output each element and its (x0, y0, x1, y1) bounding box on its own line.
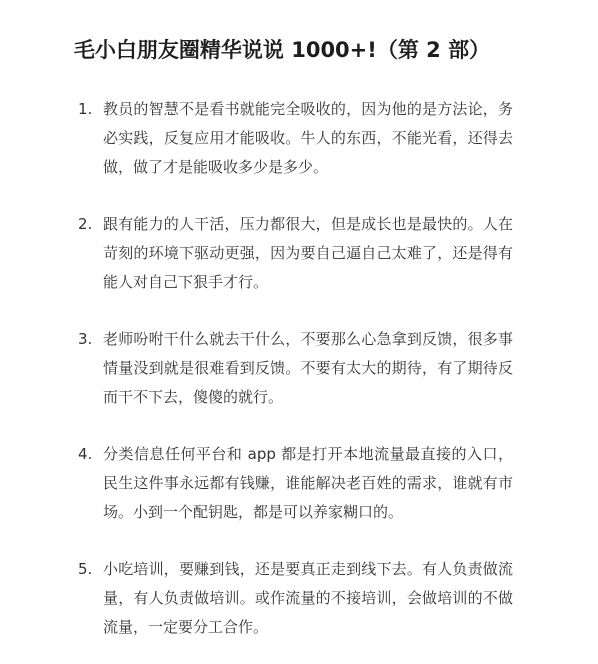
list-item-text: 小吃培训，要赚到钱，还是要真正走到线下去。有人负责做流量，有人负责做培训。或作流… (103, 555, 513, 642)
list-item-number: 3. (78, 325, 103, 354)
list-item-text: 跟有能力的人干活，压力都很大，但是成长也是最快的。人在苛刻的环境下驱动更强，因为… (103, 210, 513, 297)
list-item: 3. 老师吩咐干什么就去干什么，不要那么心急拿到反馈，很多事情量没到就是很难看到… (78, 325, 598, 412)
list-item: 1. 教员的智慧不是看书就能完全吸收的，因为他的是方法论，务必实践，反复应用才能… (78, 95, 598, 182)
list-item-text: 教员的智慧不是看书就能完全吸收的，因为他的是方法论，务必实践，反复应用才能吸收。… (103, 95, 513, 182)
list-item-number: 1. (78, 95, 103, 124)
list-item-text: 老师吩咐干什么就去干什么，不要那么心急拿到反馈，很多事情量没到就是很难看到反馈。… (103, 325, 513, 412)
list-item-number: 4. (78, 440, 103, 469)
list-item-number: 5. (78, 555, 103, 584)
document-page: 毛小白朋友圈精华说说 1000+!（第 2 部） 1. 教员的智慧不是看书就能完… (0, 0, 598, 664)
list-item: 4. 分类信息任何平台和 app 都是打开本地流量最直接的入口，民生这件事永远都… (78, 440, 598, 527)
quote-list: 1. 教员的智慧不是看书就能完全吸收的，因为他的是方法论，务必实践，反复应用才能… (0, 95, 598, 642)
page-title: 毛小白朋友圈精华说说 1000+!（第 2 部） (0, 14, 564, 65)
list-item: 5. 小吃培训，要赚到钱，还是要真正走到线下去。有人负责做流量，有人负责做培训。… (78, 555, 598, 642)
list-item-number: 2. (78, 210, 103, 239)
list-item-text: 分类信息任何平台和 app 都是打开本地流量最直接的入口，民生这件事永远都有钱赚… (103, 440, 513, 527)
list-item: 2. 跟有能力的人干活，压力都很大，但是成长也是最快的。人在苛刻的环境下驱动更强… (78, 210, 598, 297)
